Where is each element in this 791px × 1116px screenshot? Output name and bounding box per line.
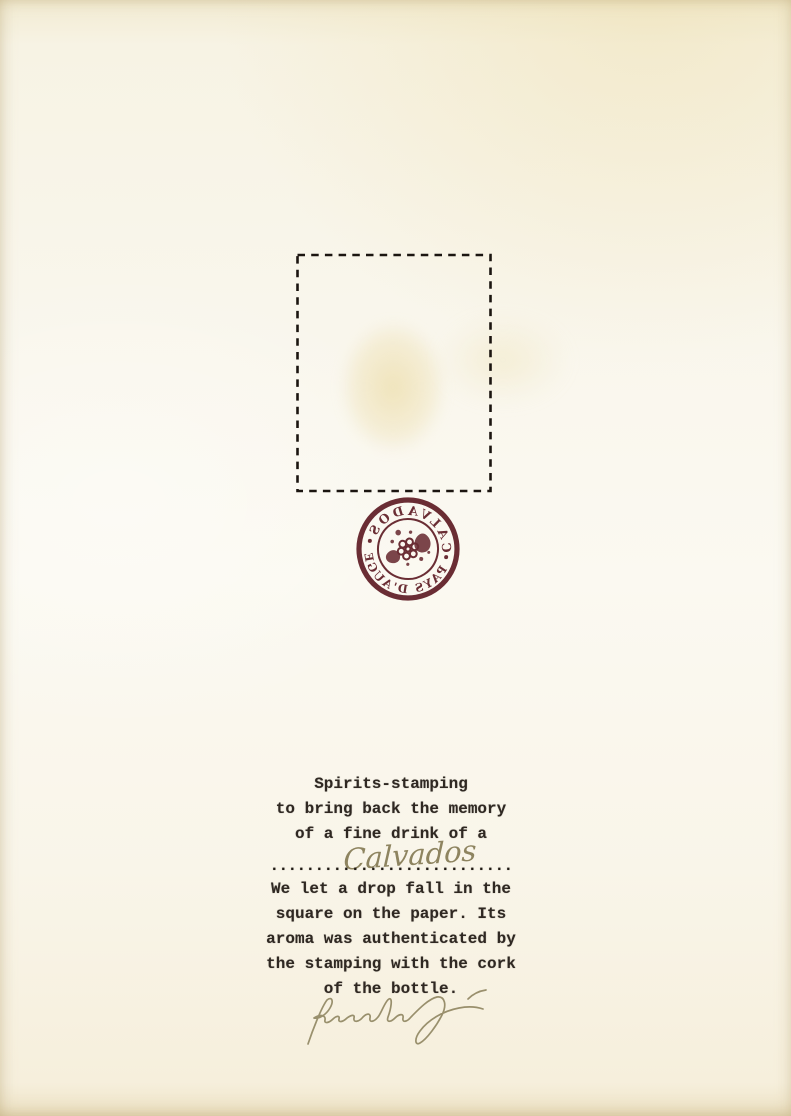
stamp-separator-dot-left (444, 555, 449, 560)
caption-line-7: the stamping with the cork (231, 952, 551, 977)
caption-line-5: square on the paper. Its (231, 902, 551, 927)
caption-line-6: aroma was authenticated by (231, 927, 551, 952)
stamp-ink-blobs (385, 527, 434, 571)
signature-accent-stroke (468, 990, 486, 999)
caption-line-2: to bring back the memory (231, 797, 551, 822)
stamp-separator-dot-right (367, 539, 372, 544)
dotted-square (295, 252, 493, 494)
caption-line-1: Spirits-stamping (231, 772, 551, 797)
paper-sheet: CALVADOS PAYS D'AUGE (0, 0, 791, 1116)
artist-signature: Perneczky (294, 986, 552, 1052)
calvados-cork-stamp: CALVADOS PAYS D'AUGE (352, 493, 464, 605)
caption-line-4: We let a drop fall in the (231, 877, 551, 902)
typed-dotted-line: ........................... (231, 854, 551, 879)
dotted-square-border (298, 255, 491, 491)
